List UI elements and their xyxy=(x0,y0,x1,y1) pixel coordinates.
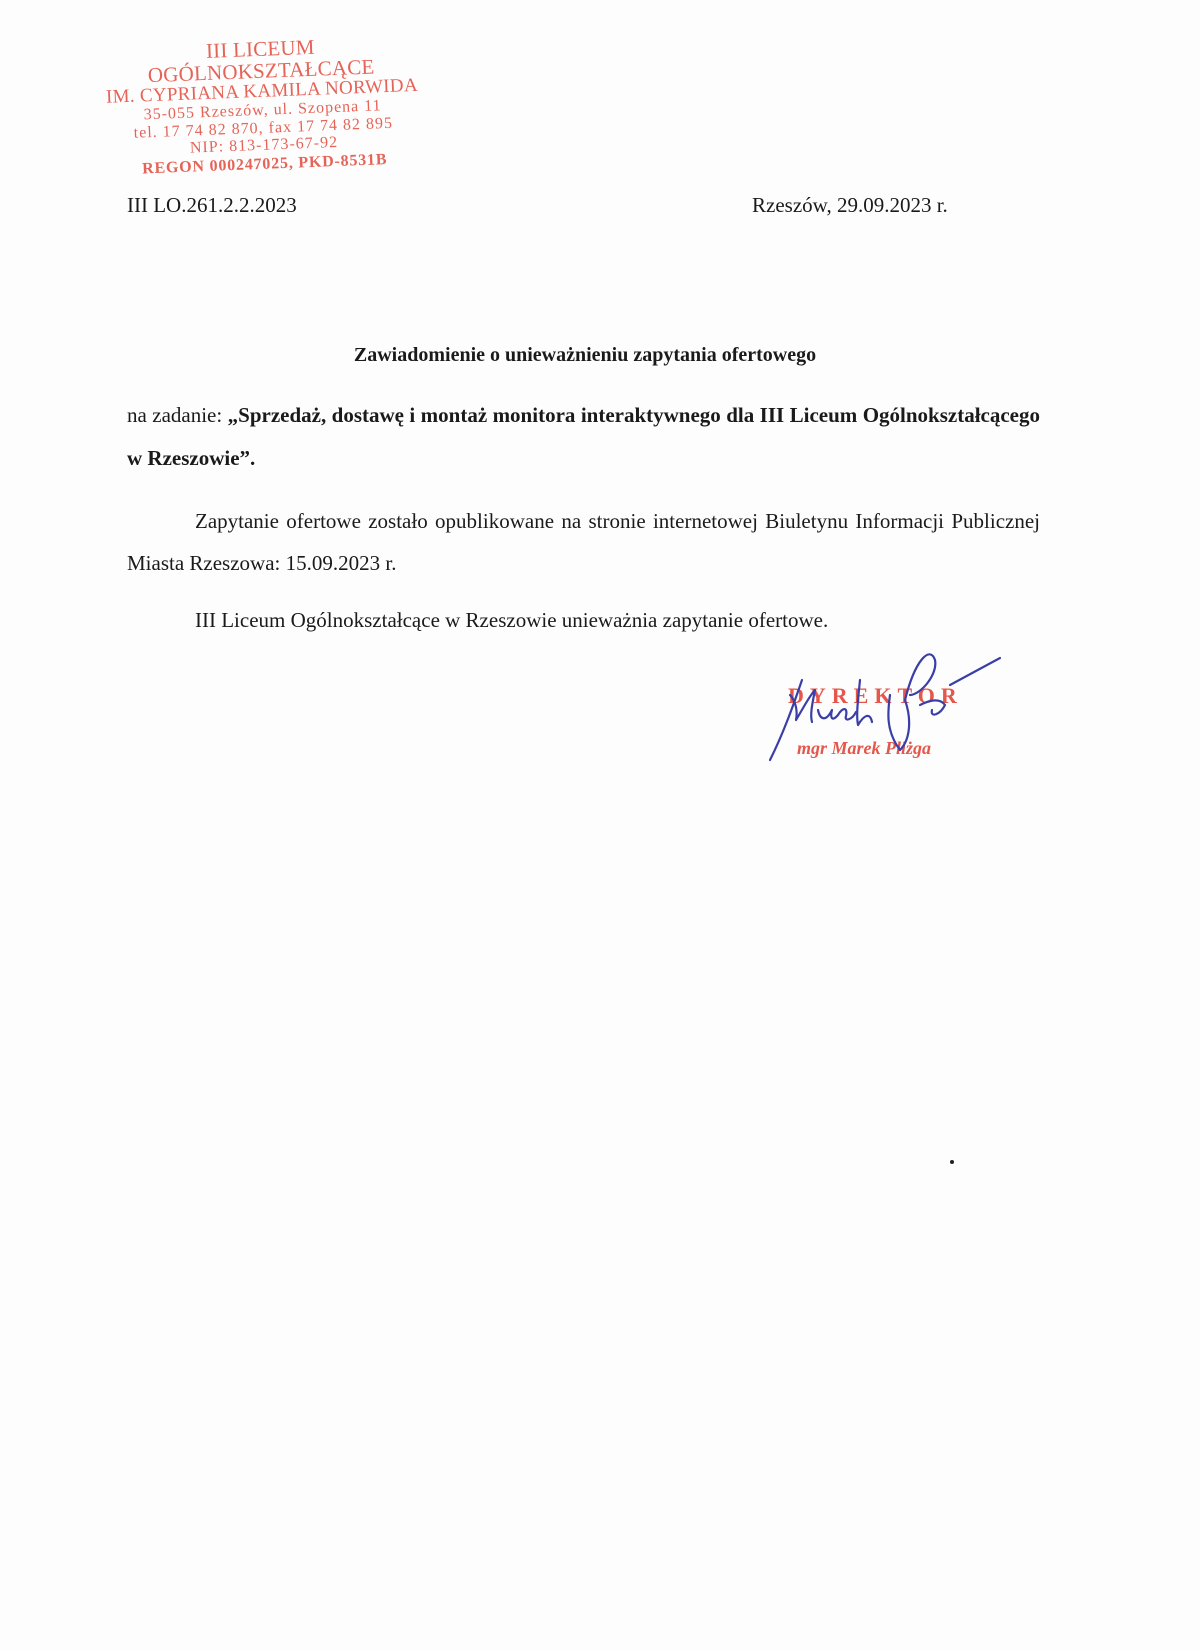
handwritten-signature-icon xyxy=(760,640,1010,765)
task-name: „Sprzedaż, dostawę i montaż monitora int… xyxy=(127,403,1040,470)
reference-number: III LO.261.2.2.2023 xyxy=(127,193,297,218)
school-stamp: III LICEUM OGÓLNOKSZTAŁCĄCE IM. CYPRIANA… xyxy=(100,32,425,181)
task-prefix: na zadanie: xyxy=(127,403,228,427)
publication-paragraph: Zapytanie ofertowe zostało opublikowane … xyxy=(127,500,1040,584)
place-and-date: Rzeszów, 29.09.2023 r. xyxy=(752,193,948,218)
document-page: III LICEUM OGÓLNOKSZTAŁCĄCE IM. CYPRIANA… xyxy=(0,0,1200,1650)
scan-speck xyxy=(950,1160,954,1164)
task-paragraph: na zadanie: „Sprzedaż, dostawę i montaż … xyxy=(127,394,1040,480)
cancellation-paragraph: III Liceum Ogólnokształcące w Rzeszowie … xyxy=(127,599,1040,641)
document-title: Zawiadomienie o unieważnieniu zapytania … xyxy=(0,344,1170,367)
